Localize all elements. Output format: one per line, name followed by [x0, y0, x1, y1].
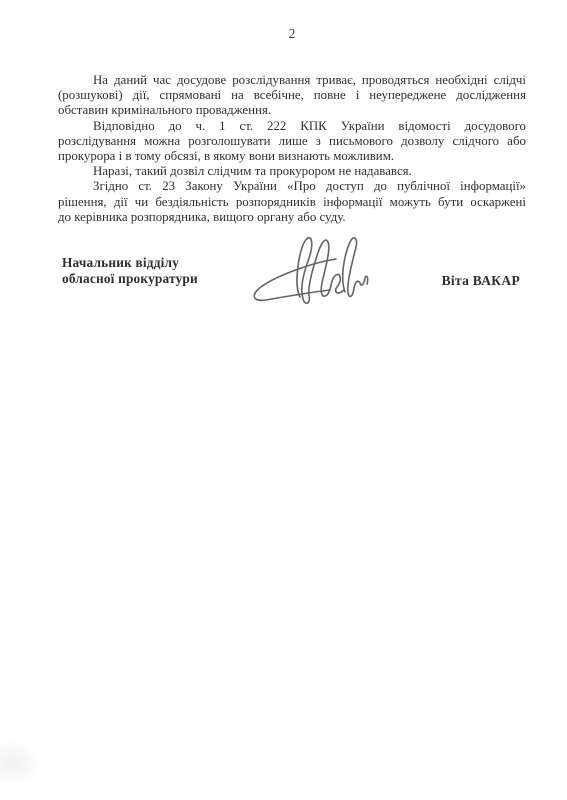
- signer-name: Віта ВАКАР: [442, 273, 520, 289]
- scanned-document-page: 2 На даний час досудове розслідування тр…: [0, 0, 567, 800]
- scan-smudge: [0, 748, 34, 778]
- text-line: Наразі, такий дозвіл слідчим та прокурор…: [58, 164, 526, 179]
- text-line: до керівника розпорядника, вищого органу…: [58, 210, 526, 225]
- text-line: Відповідно до ч. 1 ст. 222 КПК України в…: [58, 119, 526, 134]
- signatory-title-line2: обласної прокуратури: [62, 271, 198, 287]
- handwritten-signature-icon: [248, 227, 374, 315]
- text-line: прокурора і в тому обсязі, в якому вони …: [58, 149, 526, 164]
- text-line: розслідування можна розголошувати лише з…: [58, 134, 526, 149]
- text-line: На даний час досудове розслідування трив…: [58, 73, 526, 88]
- text-line: (розшукові) дії, спрямовані на всебічне,…: [58, 88, 526, 103]
- document-body: На даний час досудове розслідування трив…: [58, 73, 526, 225]
- signatory-title: Начальник відділу обласної прокуратури: [62, 255, 198, 287]
- text-line: обставин кримінального провадження.: [58, 103, 526, 118]
- page-number: 2: [58, 26, 526, 42]
- signatory-title-line1: Начальник відділу: [62, 255, 198, 271]
- text-line: рішення, дії чи бездіяльність розпорядни…: [58, 195, 526, 210]
- text-line: Згідно ст. 23 Закону України «Про доступ…: [58, 179, 526, 194]
